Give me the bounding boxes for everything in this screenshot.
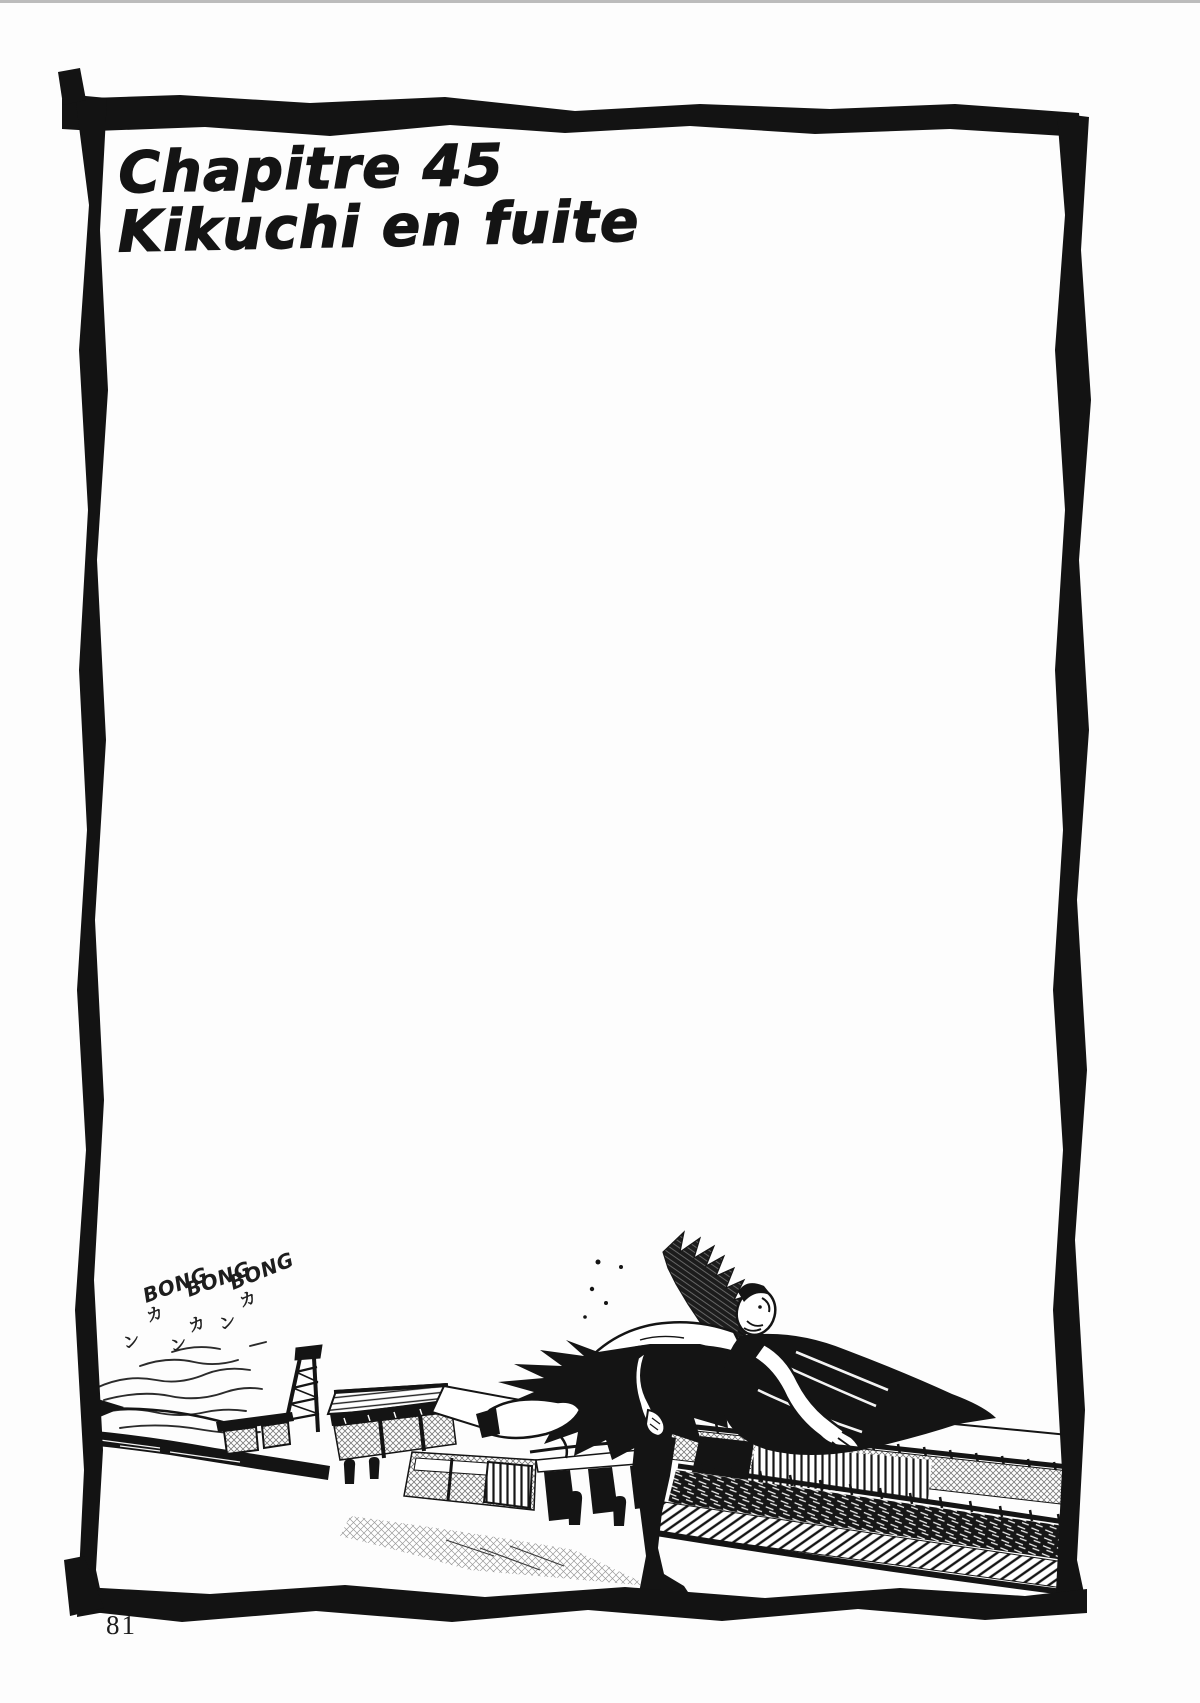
sfx-bong-3: BONG: [226, 1247, 297, 1295]
panel-artwork: BONG BONG BONG カ ン カ ン カ ン: [0, 0, 1200, 1703]
panel-border-right: [1053, 113, 1091, 1612]
sfx-kana-4: ン: [168, 1334, 188, 1357]
sound-effects: BONG BONG BONG カ ン カ ン カ ン: [121, 1247, 297, 1357]
sfx-kana-3: カ: [186, 1313, 208, 1337]
sweat-drops: [583, 1260, 623, 1319]
page-number: 81: [106, 1610, 137, 1641]
sfx-kana-1: カ: [144, 1303, 166, 1327]
street-shading: [340, 1516, 650, 1586]
sfx-kana-2: ン: [121, 1331, 141, 1354]
panel-border-bottom: [83, 1585, 1087, 1622]
manga-page: Chapitre 45 Kikuchi en fuite: [0, 0, 1200, 1703]
sfx-kana-6: ン: [217, 1312, 237, 1335]
panel-border-corner-nub: [58, 68, 86, 105]
left-buildings: [86, 1384, 536, 1510]
panel-border-left: [75, 95, 108, 1617]
sfx-kana-5: カ: [237, 1288, 259, 1312]
panel-border-top: [62, 95, 1081, 137]
